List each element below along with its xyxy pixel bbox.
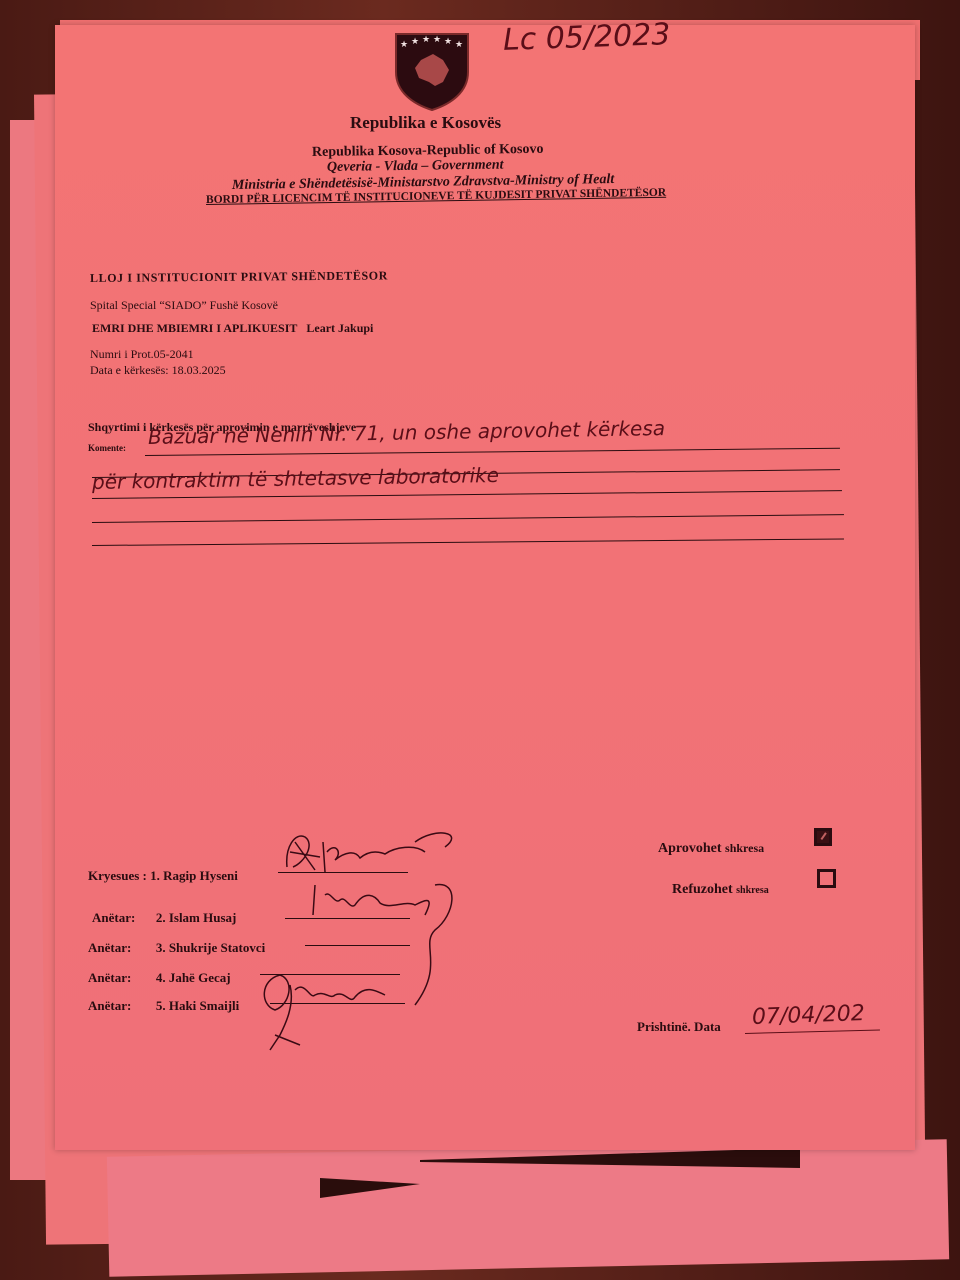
signature-jahe-gecaj	[255, 965, 415, 1055]
request-date: Data e kërkesës: 18.03.2025	[90, 363, 226, 378]
board-member-row: Anëtar: 5. Haki Smaijli	[88, 998, 239, 1014]
applicant-row: EMRI DHE MBIEMRI I APLIKUESIT Leart Jaku…	[92, 321, 373, 336]
svg-text:★: ★	[422, 35, 430, 45]
institution-name: Spital Special “SIADO” Fushë Kosovë	[90, 298, 278, 313]
protocol-number: Numri i Prot.05-2041	[90, 347, 194, 362]
member-name: 3. Shukrije Statovci	[156, 940, 265, 955]
member-name: 5. Haki Smaijli	[156, 998, 239, 1013]
institution-type-label: LLOJ I INSTITUCIONIT PRIVAT SHËNDETËSOR	[90, 268, 388, 286]
header-country: Republika e Kosovës	[350, 113, 501, 133]
comments-label: Komente:	[88, 443, 126, 453]
signature-ragip-hyseni	[275, 822, 475, 882]
applicant-label: EMRI DHE MBIEMRI I APLIKUESIT	[92, 321, 297, 335]
svg-text:★: ★	[444, 37, 452, 47]
approve-label: Aprovohet shkresa	[658, 841, 764, 857]
applicant-name: Leart Jakupi	[306, 321, 373, 335]
board-member-row: Kryesues : 1. Ragip Hyseni	[88, 868, 238, 884]
place-date-label: Prishtinë. Data	[637, 1019, 721, 1035]
svg-text:★: ★	[411, 37, 419, 47]
reference-handwritten: Lc 05/2023	[502, 17, 670, 58]
board-member-row: Anëtar: 4. Jahë Gecaj	[88, 970, 231, 986]
member-role: Kryesues :	[88, 868, 147, 883]
member-name: 1. Ragip Hyseni	[150, 868, 238, 883]
svg-text:★: ★	[433, 35, 441, 45]
board-member-row: Anëtar: 2. Islam Husaj	[92, 910, 236, 926]
reject-label: Refuzohet shkresa	[672, 882, 769, 898]
member-role: Anëtar:	[88, 998, 131, 1013]
board-member-row: Anëtar: 3. Shukrije Statovci	[88, 940, 265, 956]
place-date-handwritten: 07/04/202	[752, 1001, 866, 1030]
approve-checkbox[interactable]	[814, 828, 832, 846]
member-role: Anëtar:	[88, 940, 131, 955]
member-role: Anëtar:	[88, 970, 131, 985]
member-name: 4. Jahë Gecaj	[156, 970, 231, 985]
svg-text:★: ★	[400, 40, 408, 50]
svg-text:★: ★	[455, 40, 463, 50]
member-name: 2. Islam Husaj	[156, 910, 237, 925]
reject-checkbox[interactable]	[817, 869, 836, 888]
kosovo-coat-of-arms-icon: ★★★★★★	[393, 30, 471, 112]
member-role: Anëtar:	[92, 910, 135, 925]
